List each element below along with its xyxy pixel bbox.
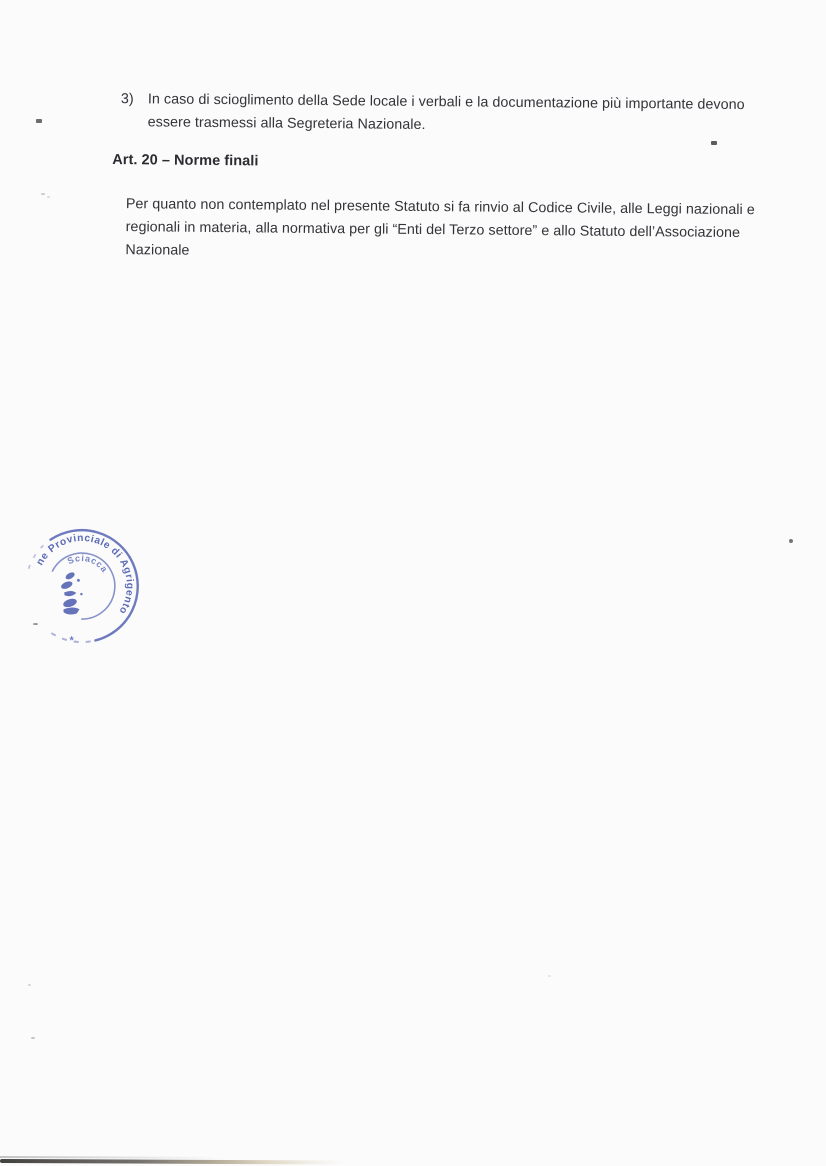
scan-speck: [33, 623, 38, 625]
scan-speck: [548, 975, 551, 977]
scan-speck: [789, 539, 793, 543]
scan-speck: [47, 196, 50, 198]
scan-speck: [41, 193, 45, 195]
provincial-ink-stamp: ne Provinciale di Agrigento Sciacca *: [16, 518, 151, 658]
scan-speck: [711, 141, 717, 145]
list-item-number: 3): [113, 88, 148, 134]
scan-speck: [36, 119, 42, 123]
scan-speck: [28, 984, 31, 986]
final-clause-paragraph: Per quanto non contemplato nel presente …: [125, 193, 812, 269]
svg-text:ne Provinciale di Agrigento: ne Provinciale di Agrigento: [33, 529, 137, 622]
document-text-block: 3) In caso di scioglimento della Sede lo…: [111, 88, 813, 269]
article-heading: Art. 20 – Norme finali: [112, 149, 812, 179]
scan-edge-line: [0, 1159, 345, 1165]
list-item-text: In caso di scioglimento della Sede local…: [148, 88, 813, 140]
list-item-3: 3) In caso di scioglimento della Sede lo…: [113, 88, 813, 141]
stamp-arc-text: ne Provinciale di Agrigento: [33, 529, 137, 622]
scan-speck: [31, 1037, 35, 1039]
stamp-emblem-icon: [59, 570, 84, 615]
scanned-document-page: 3) In caso di scioglimento della Sede lo…: [0, 0, 826, 1166]
